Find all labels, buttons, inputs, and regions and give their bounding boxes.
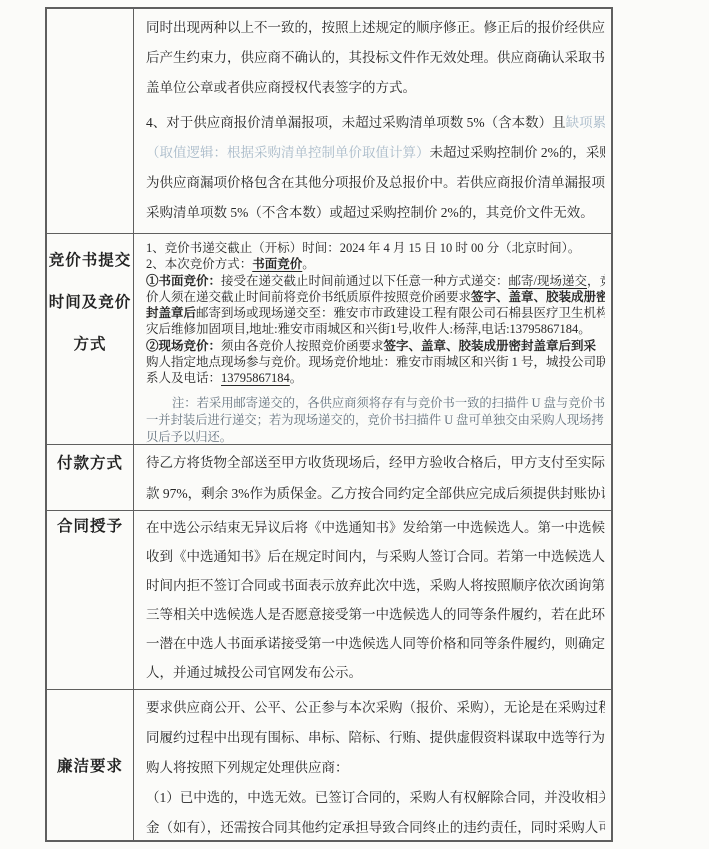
text-line: 要求供应商公开、公平、公正参与本次采购（报价、采购），无论是在采购过程或合 xyxy=(146,693,605,723)
text-segment: 接受在递交截止时间前通过以下任意一种方式递交： xyxy=(221,274,509,288)
scanned-document-page: { "colors": { "text": "#262626", "light_… xyxy=(0,0,709,849)
text-segment: 一潜在中选人书面承诺接受第一中选候选人同等价格和同等条件履约，则确定为中选 xyxy=(146,636,605,651)
text-segment: 注：若采用邮寄递交的，各供应商须将存有与竞价书一致的扫描件 U 盘与竞价书 xyxy=(172,396,605,410)
text-line: 同履约过程中出现有围标、串标、陪标、行贿、提供虚假资料谋取中选等行为的，采 xyxy=(146,723,605,753)
text-segment: 缺项累计金额 xyxy=(566,115,605,130)
text-line: 1、竞价书递交截止（开标）时间：2024 年 4 月 15 日 10 时 00 … xyxy=(146,240,605,256)
text-segment: 人，并通过城投公司官网发布公示。 xyxy=(146,665,362,680)
text-line: 款 97%，剩余 3%作为质保金。乙方按合同约定全部供应完成后须提供封账协议。 xyxy=(146,478,605,509)
text-line: 在中选公示结束无异议后将《中选通知书》发给第一中选候选人。第一中选候选人在 xyxy=(146,513,605,542)
text-segment: 收到《中选通知书》后在规定时间内，与采购人签订合同。若第一中选候选人在规定 xyxy=(146,549,605,564)
text-segment: ，竞 xyxy=(587,274,605,288)
row-label-line: 合同授予 xyxy=(47,515,133,539)
text-segment: 未超过采购控制价 2%的，采购人视 xyxy=(430,145,606,160)
row-label-submission: 竞价书提交 时间及竞价 方式 xyxy=(47,234,134,444)
text-segment: ①书面竞价： xyxy=(146,274,221,288)
row-label-line: 方式 xyxy=(47,324,133,366)
text-line: 贝后予以归还。 xyxy=(146,429,605,444)
text-line: 为供应商漏项价格包含在其他分项报价及总报价中。若供应商报价清单漏报项数超过 xyxy=(146,168,605,198)
row-content-submission: 1、竞价书递交截止（开标）时间：2024 年 4 月 15 日 10 时 00 … xyxy=(134,234,611,444)
text-segment: 待乙方将货物全部送至甲方收货现场后，经甲方验收合格后，甲方支付至实际收货价 xyxy=(146,455,605,470)
table-row-contract-award: 合同授予 在中选公示结束无异议后将《中选通知书》发给第一中选候选人。第一中选候选… xyxy=(47,511,611,690)
text-segment: （1）已中选的，中选无效。已签订合同的，采购人有权解除合同，并没收相关保证 xyxy=(146,790,605,805)
text-line: 三等相关中选候选人是否愿意接受第一中选候选人的同等条件履约，若在此环节中任 xyxy=(146,600,605,629)
table-row-payment-method: 付款方式 待乙方将货物全部送至甲方收货现场后，经甲方验收合格后，甲方支付至实际收… xyxy=(47,445,611,511)
table-row-integrity-requirements: 廉洁要求 要求供应商公开、公平、公正参与本次采购（报价、采购），无论是在采购过程… xyxy=(47,690,611,840)
text-segment: 封盖章后 xyxy=(146,306,196,320)
text-line: （取值逻辑：根据采购清单控制单价取值计算）未超过采购控制价 2%的，采购人视 xyxy=(146,138,605,168)
row-content-correction-rules: 同时出现两种以上不一致的，按照上述规定的顺序修正。修正后的报价经供应商确认后产生… xyxy=(134,9,611,233)
text-line: 购人指定地点现场参与竞价。现场竞价地址：雅安市雨城区和兴街 1 号，城投公司联 xyxy=(146,354,605,370)
table-row-submission-time-and-method: 竞价书提交 时间及竞价 方式 1、竞价书递交截止（开标）时间：2024 年 4 … xyxy=(47,234,611,445)
text-segment: 须由各竞价人按照竞价函要求 xyxy=(221,339,384,353)
text-line: 待乙方将货物全部送至甲方收货现场后，经甲方验收合格后，甲方支付至实际收货价 xyxy=(146,447,605,478)
text-segment: 。 xyxy=(302,257,315,271)
text-segment: （取值逻辑：根据采购清单控制单价取值计算） xyxy=(146,145,430,160)
row-content-payment: 待乙方将货物全部送至甲方收货现场后，经甲方验收合格后，甲方支付至实际收货价款 9… xyxy=(134,445,611,510)
row-label-line: 竞价书提交 xyxy=(47,240,133,282)
text-line: 注：若采用邮寄递交的，各供应商须将存有与竞价书一致的扫描件 U 盘与竞价书 xyxy=(146,395,605,412)
text-line: 4、对于供应商报价清单漏报项，未超过采购清单项数 5%（含本数）且缺项累计金额 xyxy=(146,108,605,138)
text-segment: 13795867184 xyxy=(221,371,290,385)
text-segment: 采购清单项数 5%（不含本数）或超过采购控制价 2%的，其竞价文件无效。 xyxy=(146,205,594,220)
text-segment: 价人须在递交截止时间前将竞价书纸质原件按照竞价函要求 xyxy=(146,290,471,304)
text-segment: 购人将按照下列规定处理供应商： xyxy=(146,760,349,775)
row-label-contract-award: 合同授予 xyxy=(47,511,134,689)
text-segment: 三等相关中选候选人是否愿意接受第一中选候选人的同等条件履约，若在此环节中任 xyxy=(146,607,605,622)
text-segment: 邮寄到场或现场递交至：雅安市市政建设工程有限公司石棉县医疗卫生机构 xyxy=(196,306,605,320)
text-line: 收到《中选通知书》后在规定时间内，与采购人签订合同。若第一中选候选人在规定 xyxy=(146,542,605,571)
text-line: 价人须在递交截止时间前将竞价书纸质原件按照竞价函要求签字、盖章、胶装成册密 xyxy=(146,289,605,305)
text-line: ②现场竞价：须由各竞价人按照竞价函要求签字、盖章、胶装成册密封盖章后到采 xyxy=(146,338,605,354)
text-line: （1）已中选的，中选无效。已签订合同的，采购人有权解除合同，并没收相关保证 xyxy=(146,783,605,813)
row-label-line: 时间及竞价 xyxy=(47,282,133,324)
row-content-integrity: 要求供应商公开、公平、公正参与本次采购（报价、采购），无论是在采购过程或合同履约… xyxy=(134,690,611,840)
text-line: 一并封装后进行递交；若为现场递交的，竞价书扫描件 U 盘可单独交由采购人现场拷 xyxy=(146,412,605,429)
text-line: 同时出现两种以上不一致的，按照上述规定的顺序修正。修正后的报价经供应商确认 xyxy=(146,13,605,43)
text-line: 盖单位公章或者供应商授权代表签字的方式。 xyxy=(146,73,605,103)
text-segment: 1、竞价书递交截止（开标）时间：2024 年 4 月 15 日 10 时 00 … xyxy=(146,241,580,255)
text-segment: 签字、盖章、胶装成册密 xyxy=(471,290,605,304)
table-row-correction-rules: 同时出现两种以上不一致的，按照上述规定的顺序修正。修正后的报价经供应商确认后产生… xyxy=(47,9,611,234)
row-label-payment: 付款方式 xyxy=(47,445,134,510)
text-line: 封盖章后邮寄到场或现场递交至：雅安市市政建设工程有限公司石棉县医疗卫生机构 xyxy=(146,305,605,321)
text-segment: 。 xyxy=(290,371,303,385)
text-segment: 同时出现两种以上不一致的，按照上述规定的顺序修正。修正后的报价经供应商确认 xyxy=(146,20,605,35)
row-content-contract-award: 在中选公示结束无异议后将《中选通知书》发给第一中选候选人。第一中选候选人在收到《… xyxy=(134,511,611,689)
text-line: 系人及电话：13795867184。 xyxy=(146,370,605,386)
text-segment: 在中选公示结束无异议后将《中选通知书》发给第一中选候选人。第一中选候选人在 xyxy=(146,520,605,535)
text-segment: 2、本次竞价方式： xyxy=(146,257,252,271)
text-line: 灾后维修加固项目,地址:雅安市雨城区和兴街1号,收件人:杨萍,电话:137958… xyxy=(146,321,605,337)
text-segment: 一并封装后进行递交；若为现场递交的，竞价书扫描件 U 盘可单独交由采购人现场拷 xyxy=(146,413,604,427)
text-segment: 购人指定地点现场参与竞价。现场竞价地址：雅安市雨城区和兴街 1 号，城投公司联 xyxy=(146,355,605,369)
text-segment: 要求供应商公开、公平、公正参与本次采购（报价、采购），无论是在采购过程或合 xyxy=(146,700,605,715)
text-segment: 盖单位公章或者供应商授权代表签字的方式。 xyxy=(146,80,416,95)
text-segment: 为供应商漏项价格包含在其他分项报价及总报价中。若供应商报价清单漏报项数超过 xyxy=(146,175,605,190)
text-segment: 4、对于供应商报价清单漏报项，未超过采购清单项数 5%（含本数）且 xyxy=(146,115,566,130)
text-segment: 同履约过程中出现有围标、串标、陪标、行贿、提供虚假资料谋取中选等行为的，采 xyxy=(146,730,605,745)
text-segment: 时间内拒不签订合同或书面表示放弃此次中选，采购人将按照顺序依次函询第二、第 xyxy=(146,578,605,593)
text-line: ①书面竞价：接受在递交截止时间前通过以下任意一种方式递交：邮寄/现场递交，竞 xyxy=(146,273,605,289)
text-line: 时间内拒不签订合同或书面表示放弃此次中选，采购人将按照顺序依次函询第二、第 xyxy=(146,571,605,600)
row-label-line: 廉洁要求 xyxy=(57,754,123,776)
text-line: 金（如有），还需按合同其他约定承担导致合同终止的违约责任，同时采购人可对违 xyxy=(146,813,605,840)
text-segment: ②现场竞价： xyxy=(146,339,221,353)
text-segment: 灾后维修加固项目,地址:雅安市雨城区和兴街1号,收件人:杨萍,电话:137958… xyxy=(146,322,591,336)
text-line: 后产生约束力，供应商不确认的，其投标文件作无效处理。供应商确认采取书面且加 xyxy=(146,43,605,73)
text-segment: 金（如有），还需按合同其他约定承担导致合同终止的违约责任，同时采购人可对违 xyxy=(146,820,605,835)
text-line: 一潜在中选人书面承诺接受第一中选候选人同等价格和同等条件履约，则确定为中选 xyxy=(146,629,605,658)
text-line: 2、本次竞价方式：书面竞价。 xyxy=(146,256,605,272)
row-label-empty xyxy=(47,9,134,233)
row-label-line: 付款方式 xyxy=(47,451,133,477)
text-segment: 系人及电话： xyxy=(146,371,221,385)
text-line: 采购清单项数 5%（不含本数）或超过采购控制价 2%的，其竞价文件无效。 xyxy=(146,198,605,228)
text-segment: 签字、盖章、胶装成册密封盖章后到采 xyxy=(384,339,597,353)
text-segment: 书面竞价 xyxy=(252,257,302,271)
row-label-integrity: 廉洁要求 xyxy=(47,690,134,840)
procurement-terms-table: 同时出现两种以上不一致的，按照上述规定的顺序修正。修正后的报价经供应商确认后产生… xyxy=(45,7,613,842)
text-segment: 款 97%，剩余 3%作为质保金。乙方按合同约定全部供应完成后须提供封账协议。 xyxy=(146,486,605,501)
text-line: 人，并通过城投公司官网发布公示。 xyxy=(146,658,605,687)
text-segment: 邮寄/现场递交 xyxy=(509,274,587,288)
text-line: 购人将按照下列规定处理供应商： xyxy=(146,753,605,783)
text-segment: 贝后予以归还。 xyxy=(146,430,232,444)
text-segment: 后产生约束力，供应商不确认的，其投标文件作无效处理。供应商确认采取书面且加 xyxy=(146,50,605,65)
